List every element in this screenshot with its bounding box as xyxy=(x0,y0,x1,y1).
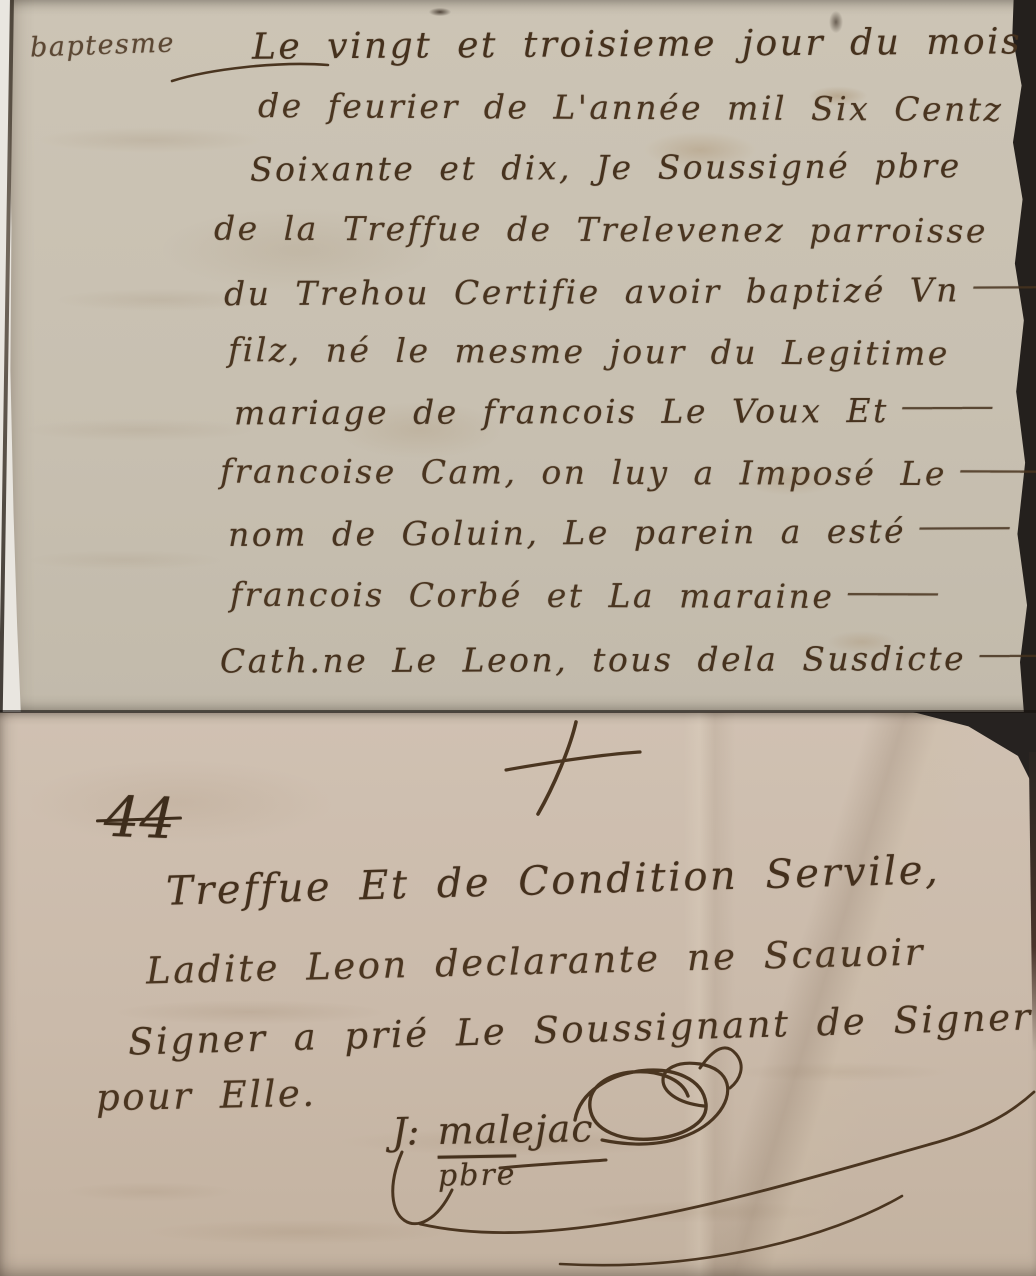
record-line-text: mariage de francois Le Voux Et xyxy=(234,391,889,432)
record-line: Soixante et dix, Je Soussigné pbre xyxy=(250,146,962,189)
manuscript-photo-bottom: 44 Treffue Et de Condition Servile, Ladi… xyxy=(0,712,1036,1276)
record-line-text: Cath.ne Le Leon, tous dela Susdicte xyxy=(220,639,966,681)
signature-flourish xyxy=(0,712,1036,1276)
margin-label: baptesme xyxy=(30,27,176,63)
record-line-text: francoise Cam, on luy a Imposé Le xyxy=(220,452,947,494)
record-line: du Trehou Certifie avoir baptizé Vn———— xyxy=(224,270,1036,314)
line-filler-rule: ——— xyxy=(846,572,936,611)
record-line-text: francois Corbé et La maraine xyxy=(230,575,835,616)
line-filler-rule: ———— xyxy=(978,633,1036,672)
record-line: filz, né le mesme jour du Legitime xyxy=(228,330,950,373)
record-line: de feurier de L'année mil Six Centz xyxy=(258,86,1004,129)
record-line-text: nom de Goluin, Le parein a esté xyxy=(228,511,906,554)
line-filler-rule: ——— xyxy=(918,506,1008,545)
le-underline-flourish xyxy=(170,55,330,85)
photo-seam xyxy=(0,710,1036,713)
record-line: francois Corbé et La maraine——— xyxy=(230,575,937,616)
line-filler-rule: ———— xyxy=(972,265,1036,305)
record-line: nom de Goluin, Le parein a esté——— xyxy=(228,511,1008,554)
record-line-text: du Trehou Certifie avoir baptizé Vn xyxy=(224,270,960,313)
manuscript-photo-top: baptesme Le vingt et troisieme jour du m… xyxy=(0,0,1036,712)
torn-edge-dark xyxy=(1004,0,1036,712)
record-line: de la Treffue de Trelevenez parroisse xyxy=(214,209,988,251)
record-line: mariage de francois Le Voux Et——— xyxy=(234,391,991,433)
register-photograph: baptesme Le vingt et troisieme jour du m… xyxy=(0,0,1036,1276)
record-line: Cath.ne Le Leon, tous dela Susdicte———— xyxy=(220,638,1036,680)
record-line: francoise Cam, on luy a Imposé Le——— xyxy=(220,452,1036,494)
line-filler-rule: ——— xyxy=(901,386,991,425)
line-filler-rule: ——— xyxy=(959,449,1036,488)
record-line: Le vingt et troisieme jour du mois xyxy=(252,21,1022,67)
